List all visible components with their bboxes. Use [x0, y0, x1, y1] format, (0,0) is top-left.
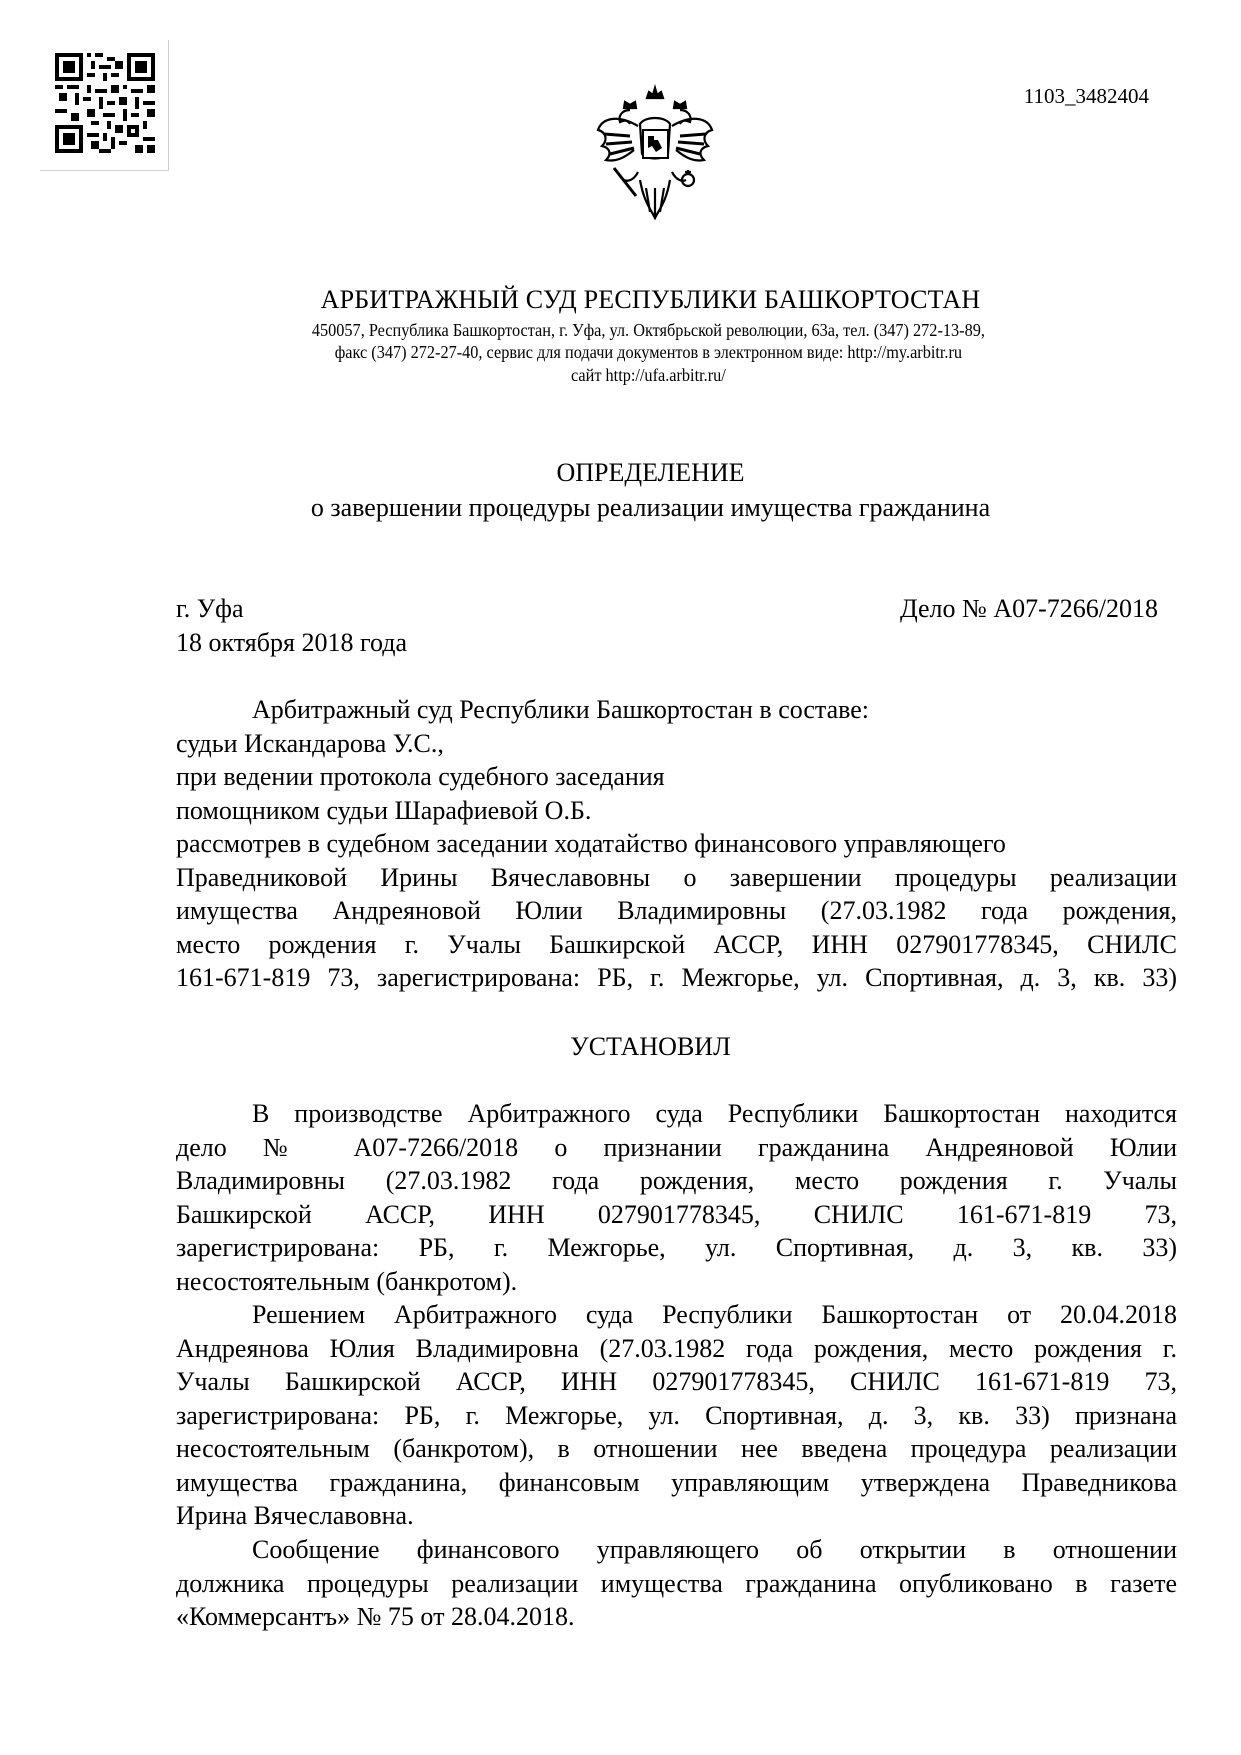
intro-line: Арбитражный суд Республики Башкортостан … [176, 693, 1177, 727]
paragraph-2: Решением Арбитражного суда Республики Ба… [176, 1298, 1177, 1533]
document-title: ОПРЕДЕЛЕНИЕ [0, 458, 1241, 488]
paragraph-line: Решением Арбитражного суда Республики Ба… [176, 1298, 1177, 1332]
paragraph-line: Башкирской АССР, ИНН 027901778345, СНИЛС… [176, 1198, 1177, 1232]
qr-code-icon [52, 53, 158, 153]
qr-code-frame [40, 40, 169, 171]
paragraph-line: должника процедуры реализации имущества … [176, 1567, 1177, 1601]
intro-line: имущества Андреяновой Юлии Владимировны … [176, 894, 1177, 928]
paragraph-3: Сообщение финансового управляющего об от… [176, 1533, 1177, 1634]
court-contacts-line: факс (347) 272-27-40, сервис для подачи … [43, 342, 1197, 363]
intro-line: место рождения г. Учалы Башкирской АССР,… [176, 928, 1177, 962]
paragraph-line: зарегистрирована: РБ, г. Межгорье, ул. С… [176, 1231, 1177, 1265]
intro-line: Праведниковой Ирины Вячеславовны о завер… [176, 861, 1177, 895]
intro-line: судьи Искандарова У.С., [176, 727, 1177, 761]
paragraph-line: Владимировны (27.03.1982 года рождения, … [176, 1164, 1177, 1198]
paragraph-line: имущества гражданина, финансовым управля… [176, 1466, 1177, 1500]
court-name: АРБИТРАЖНЫЙ СУД РЕСПУБЛИКИ БАШКОРТОСТАН [0, 285, 1241, 315]
intro-line: при ведении протокола судебного заседани… [176, 760, 1177, 794]
paragraph-line: дело № А07-7266/2018 о признании граждан… [176, 1131, 1177, 1165]
paragraph-line: Учалы Башкирской АССР, ИНН 027901778345,… [176, 1365, 1177, 1399]
intro-line: помощником судьи Шарафиевой О.Б. [176, 794, 1177, 828]
document-subtitle: о завершении процедуры реализации имущес… [0, 493, 1241, 523]
paragraph-line: несостоятельным (банкротом), в отношении… [176, 1432, 1177, 1466]
intro-line: рассмотрев в судебном заседании ходатайс… [176, 827, 1177, 861]
city: г. Уфа [176, 594, 244, 624]
paragraph-line: В производстве Арбитражного суда Республ… [176, 1097, 1177, 1131]
intro-block: Арбитражный суд Республики Башкортостан … [176, 693, 1177, 995]
decision-date: 18 октября 2018 года [176, 628, 407, 658]
paragraph-line: «Коммерсантъ» № 75 от 28.04.2018. [176, 1600, 1177, 1634]
intro-line: 161-671-819 73, зарегистрирована: РБ, г.… [176, 961, 1177, 995]
court-address-line: 450057, Республика Башкортостан, г. Уфа,… [43, 320, 1197, 341]
document-id: 1103_3482404 [1024, 84, 1149, 109]
paragraph-line: зарегистрирована: РБ, г. Межгорье, ул. С… [176, 1399, 1177, 1433]
court-website-line: сайт http://ufa.arbitr.ru/ [43, 365, 1197, 386]
paragraph-line: Сообщение финансового управляющего об от… [176, 1533, 1177, 1567]
paragraph-line: Ирина Вячеславовна. [176, 1499, 1177, 1533]
paragraph-1: В производстве Арбитражного суда Республ… [176, 1097, 1177, 1298]
section-heading: УСТАНОВИЛ [0, 1032, 1241, 1062]
paragraph-line: Андреянова Юлия Владимировна (27.03.1982… [176, 1332, 1177, 1366]
case-number: Дело № А07-7266/2018 [900, 594, 1158, 624]
russian-coat-of-arms-icon [588, 84, 722, 235]
paragraph-line: несостоятельным (банкротом). [176, 1265, 1177, 1299]
